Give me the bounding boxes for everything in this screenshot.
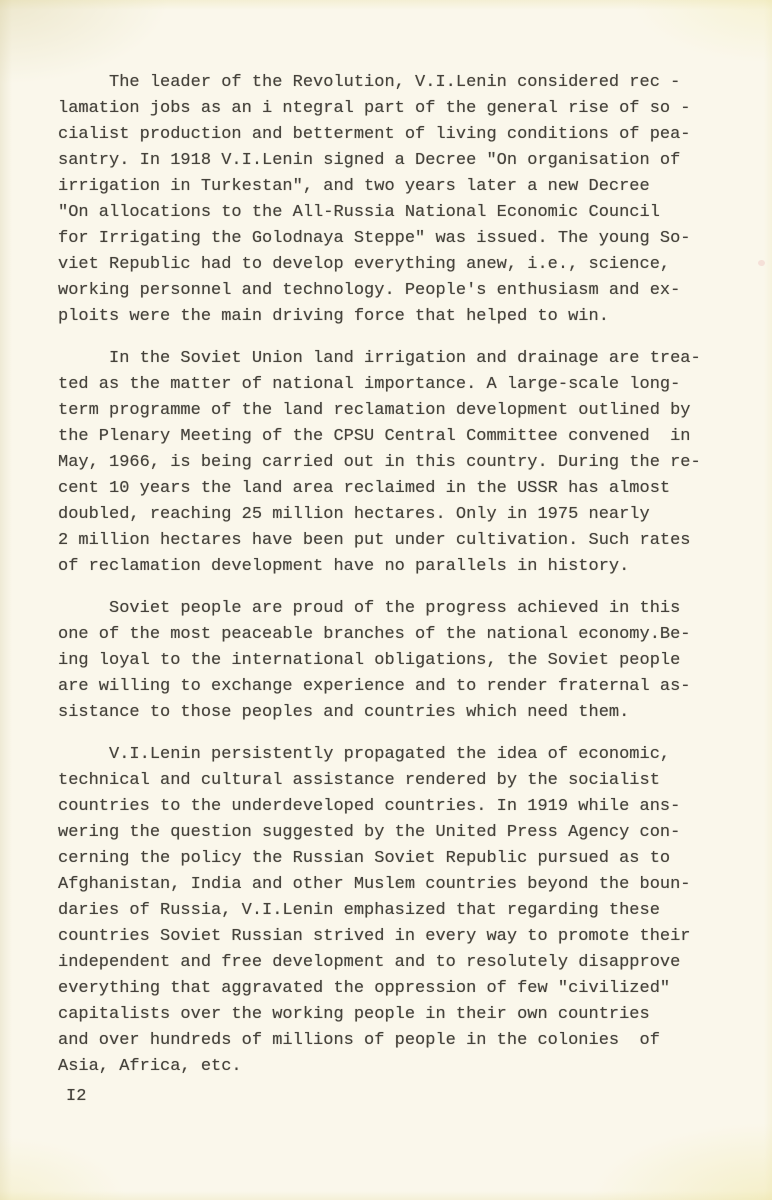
page-number: I2	[66, 1084, 86, 1110]
document-page: The leader of the Revolution, V.I.Lenin …	[0, 0, 772, 1200]
paragraph: V.I.Lenin persistently propagated the id…	[58, 742, 748, 1080]
paragraph: Soviet people are proud of the progress …	[58, 596, 748, 726]
paragraph: The leader of the Revolution, V.I.Lenin …	[58, 70, 748, 330]
text-block: The leader of the Revolution, V.I.Lenin …	[58, 70, 748, 1096]
paragraph: In the Soviet Union land irrigation and …	[58, 346, 748, 580]
paper-speck	[758, 260, 765, 266]
